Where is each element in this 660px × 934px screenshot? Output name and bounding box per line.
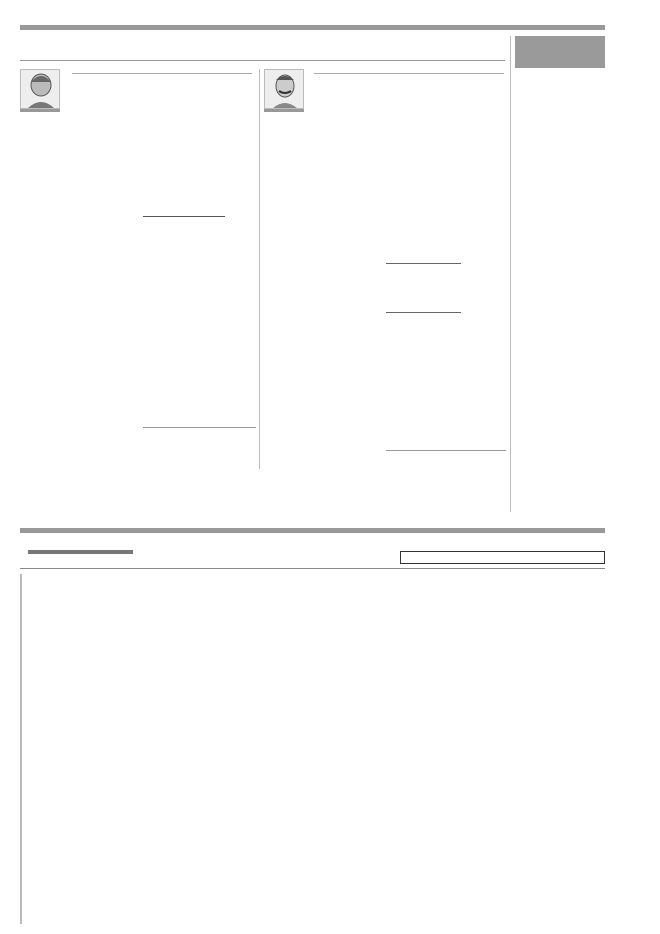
article-column [386, 315, 506, 448]
column-divider [510, 36, 511, 512]
letters-rule [20, 528, 605, 533]
author-bio [143, 427, 256, 467]
columnist-portrait-icon [264, 69, 304, 109]
byline [72, 70, 252, 74]
article-column [158, 117, 256, 217]
pull-quote [386, 263, 461, 313]
article-column [20, 117, 152, 465]
article-column [265, 117, 380, 467]
columnist-avatar-niaz [20, 69, 60, 112]
article-column [143, 280, 256, 375]
author-bio [386, 450, 506, 470]
header-rule [20, 25, 605, 30]
letters-divider [20, 568, 605, 569]
past-article [515, 119, 605, 269]
column-divider [259, 69, 260, 469]
article-column [386, 117, 506, 267]
letters-note [400, 551, 605, 564]
byline [314, 70, 504, 74]
article-column [158, 219, 256, 279]
letter-illustration [28, 552, 133, 554]
past-article [515, 320, 605, 510]
columnist-portrait-icon [20, 69, 60, 109]
section-divider [20, 60, 505, 61]
columnist-avatar-babakhel [264, 69, 304, 112]
from-the-past-banner [515, 36, 605, 68]
